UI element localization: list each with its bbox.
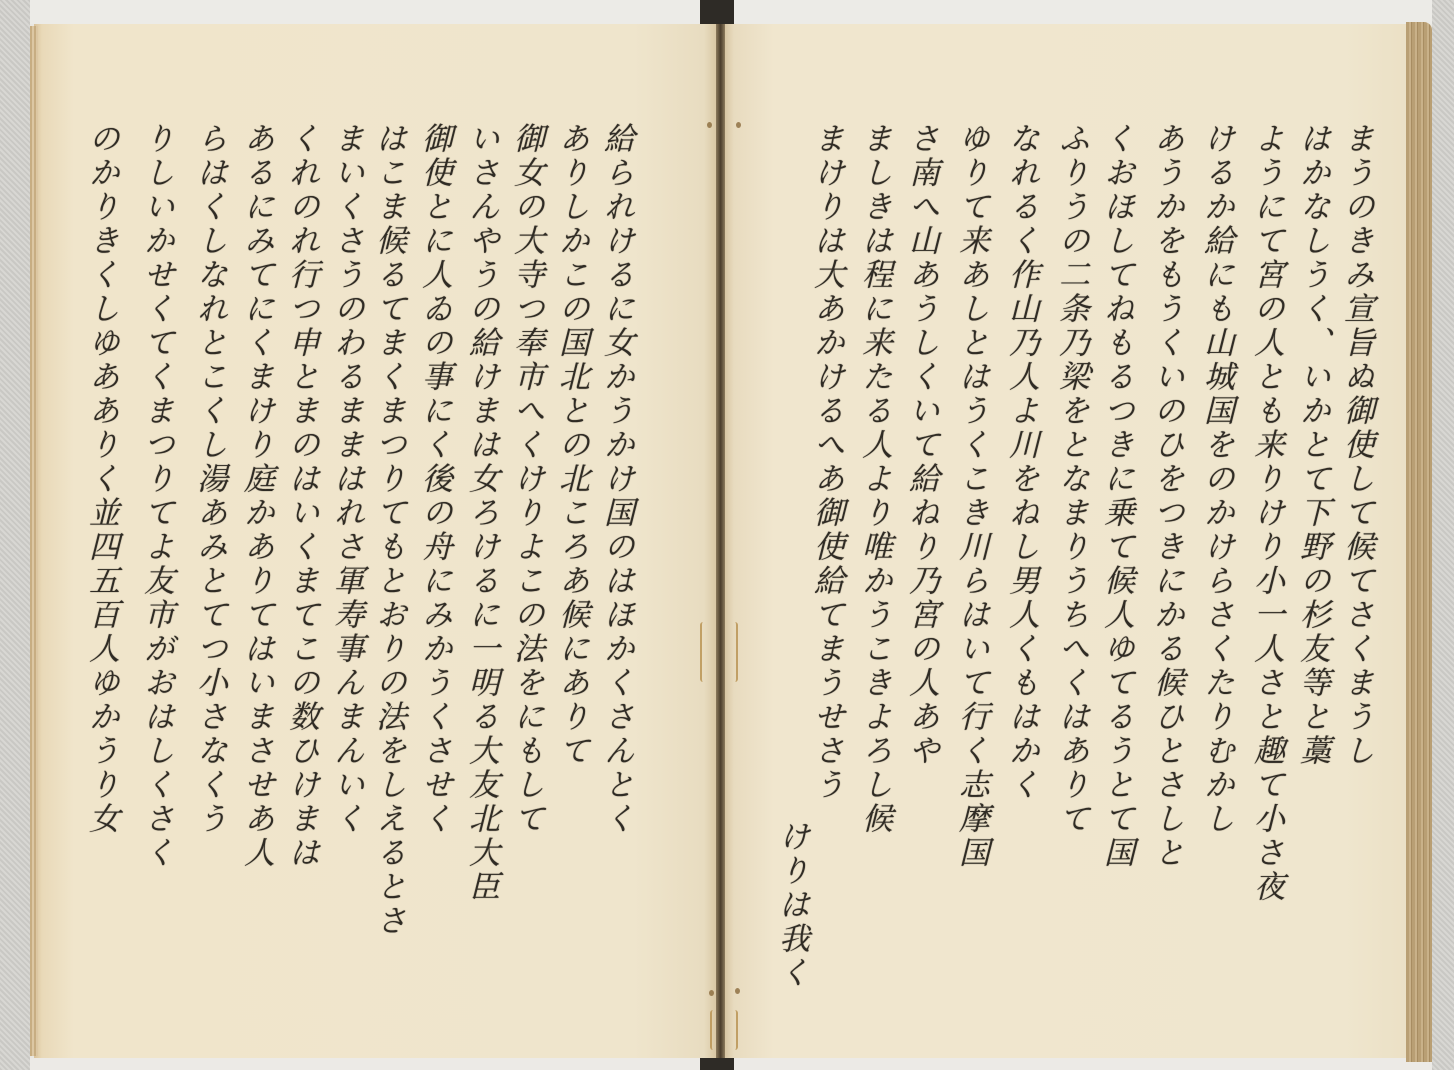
wormhole bbox=[736, 122, 741, 128]
wormhole bbox=[735, 988, 740, 994]
right-page-column-1: まうのきみ宣旨ぬ御使して候てさくまうし bbox=[1340, 122, 1371, 768]
left-page-column-9: あるにみてにくまけり庭かありてはいまさせあ人 bbox=[240, 122, 271, 870]
left-page-column-2: ありしかこの国北との北ころあ候にありて bbox=[555, 122, 586, 768]
left-page-column-10: らはくしなれとこくし湯あみとてつ小さなくう bbox=[193, 122, 224, 836]
book-spine bbox=[716, 24, 725, 1058]
left-page-column-6: はこま候るてまくまつりてもとおりの法をしえるとさ bbox=[372, 122, 403, 938]
left-page-column-4: いさんやうの給けまは女ろけるに一明る大友北大臣 bbox=[465, 122, 496, 904]
right-page-column-2: はかなしうく、いかとて下野の杉友等と藁 bbox=[1296, 122, 1327, 768]
right-page-column-8: なれるく作山乃人よ川をねし男人くもはかく bbox=[1005, 122, 1036, 802]
stain-mark-right bbox=[728, 622, 738, 682]
stain-mark-bottom-right bbox=[728, 1010, 738, 1050]
right-page-column-12: まけりは大あかけるへあ御使給てまうせさう bbox=[810, 122, 841, 802]
right-page-column-4: けるか給にも山城国をのかけらさくたりむかし bbox=[1200, 122, 1231, 836]
right-page-column-11: ましきは程に来たる人より唯かうこきよろし候 bbox=[858, 122, 889, 836]
stain-mark-left bbox=[700, 622, 710, 682]
left-page-column-3: 御女の大寺つ奉市へくけりよこの法をにもして bbox=[510, 122, 541, 836]
right-page-column-6: くおほしてねもるつきに乗て候人ゆてるうとて国 bbox=[1100, 122, 1131, 870]
right-page-column-5: あうかをもうくいのひをつきにかる候ひとさしと bbox=[1150, 122, 1181, 870]
right-page-column-9: ゆりて来あしとはうくこき川らはいて行く志摩国 bbox=[955, 122, 986, 870]
left-page-stack-edge bbox=[30, 26, 38, 1056]
cloth-background-right bbox=[1432, 0, 1454, 1070]
left-page-column-11: りしいかせくてくまつりてよ友市がおはしくさく bbox=[140, 122, 171, 870]
left-page-column-5: 御使とに人ゐの事にく後の舟にみかうくさせく bbox=[418, 122, 449, 836]
right-page-column-10: さ南へ山あうしくいて給ねり乃宮の人あや bbox=[905, 122, 936, 768]
right-page-column-7: ふりうの二条乃梁をとなまりうちへくはありて bbox=[1055, 122, 1086, 836]
left-page-column-7: まいくさうのわるままはれさ軍寿事んまんいく bbox=[330, 122, 361, 836]
stain-mark-bottom-left bbox=[710, 1010, 720, 1050]
right-page-column-13: けりは我く bbox=[775, 820, 806, 990]
wormhole bbox=[707, 122, 712, 128]
right-page-stack-edge bbox=[1406, 22, 1432, 1062]
left-page-column-8: くれのれ行つ申とまのはいくまてこの数ひけまは bbox=[285, 122, 316, 870]
wormhole bbox=[709, 990, 714, 996]
left-page-column-1: 給られけるに女かうかけ国のはほかくさんとく bbox=[600, 122, 631, 836]
left-page-column-12: のかりきくしゆあありく並四五百人ゆかうり女 bbox=[85, 122, 116, 836]
right-page-column-3: ようにて宮の人とも来りけり小一人さと趣て小さ夜 bbox=[1250, 122, 1281, 904]
cloth-background-left bbox=[0, 0, 30, 1070]
